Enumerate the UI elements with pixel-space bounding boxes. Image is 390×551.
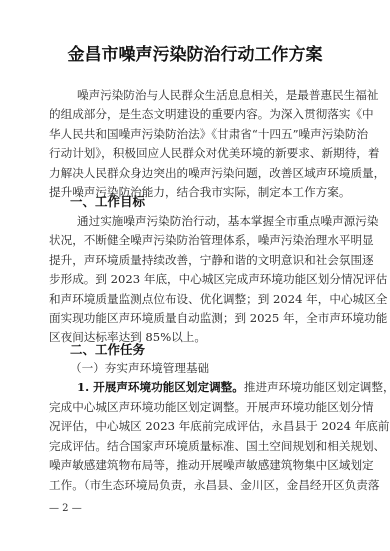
section1-line: 面实现功能区声环境质量自动监测；到 2025 年，全市声环境功能: [49, 309, 339, 328]
subsection-heading: （一）夯实声环境管理基础: [70, 359, 209, 378]
item1-line: 完成评估。结合国家声环境质量标准、国土空间规划和相关规划、: [49, 437, 339, 456]
section-heading-goals: 一、工作目标: [70, 192, 145, 211]
intro-line: 华人民共和国噪声污染防治法》《甘肃省“十四五”噪声污染防治: [49, 125, 339, 144]
intro-line: 噪声污染防治与人民群众生活息息相关，是最普惠民生福祉: [77, 86, 339, 105]
item1-first-line: 1. 开展声环境功能区划定调整。推进声环境功能区划定调整，: [77, 378, 339, 397]
section1-line: 提升，声环境质量持续改善，宁静和谐的文明意识和社会氛围逐: [49, 251, 339, 270]
document-page: 金昌市噪声污染防治行动工作方案 噪声污染防治与人民群众生活息息相关，是最普惠民生…: [0, 0, 390, 551]
section1-line: 和声环境质量监测点位布设、优化调整；到 2024 年，中心城区全: [49, 290, 339, 309]
intro-line: 力解决人民群众身边突出的噪声污染问题，改善区域声环境质量，: [49, 164, 339, 183]
intro-line: 的组成部分，是生态文明建设的重要内容。为深入贯彻落实《中: [49, 105, 339, 124]
item1-line: 况评估，中心城区 2023 年底前完成评估，永昌县于 2024 年底前: [49, 417, 339, 436]
item1-line: 完成中心城区声环境功能区划定调整。开展声环境功能区划分情: [49, 398, 339, 417]
item1-first-line-rest: 推进声环境功能区划定调整，: [244, 380, 390, 394]
page-number: — 2 —: [49, 503, 82, 514]
item1-line: 噪声敏感建筑物布局等，推动开展噪声敏感建筑物集中区域划定: [49, 456, 339, 475]
section1-line: 步形成。到 2023 年底，中心城区完成声环境功能区划分情况评估: [49, 270, 339, 289]
item1-line: 工作。（市生态环境局负责，永昌县、金川区，金昌经开区负责落: [49, 476, 339, 495]
section-heading-tasks: 二、工作任务: [70, 340, 145, 359]
section1-line: 状况，不断健全噪声污染防治管理体系，噪声污染治理水平明显: [49, 231, 339, 250]
document-title: 金昌市噪声污染防治行动工作方案: [0, 40, 390, 65]
intro-line: 行动计划》，积极回应人民群众对优美环境的新要求、新期待，着: [49, 144, 339, 163]
item1-lead: 1. 开展声环境功能区划定调整。: [77, 380, 244, 394]
section1-line: 通过实施噪声污染防治行动，基本掌握全市重点噪声源污染: [77, 212, 339, 231]
